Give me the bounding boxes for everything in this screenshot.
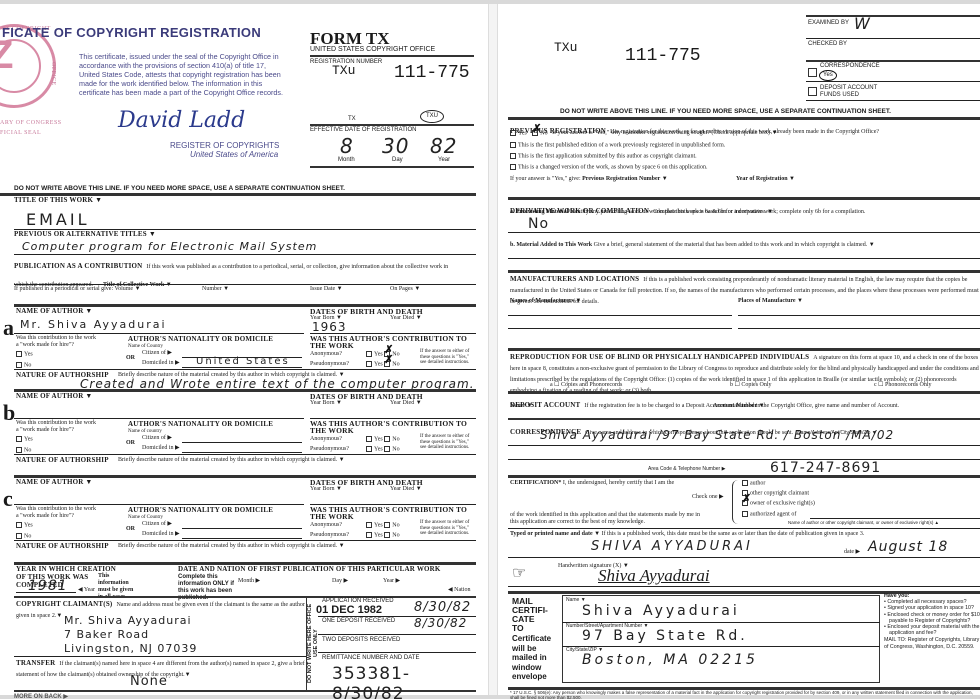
cert-other-claimant-label: other copyright claimant xyxy=(750,490,809,496)
pub-day-label: Day ▶ xyxy=(332,578,348,585)
page-gutter xyxy=(488,4,498,695)
work-for-hire-yes-checkbox[interactable] xyxy=(16,522,22,528)
domiciled-label: Domiciled in ▶ xyxy=(142,531,180,538)
anonymous-yes-checkbox[interactable] xyxy=(366,522,372,528)
transfer-label: TRANSFER xyxy=(16,659,55,667)
contribution-note: If the answer to either of these questio… xyxy=(420,434,474,451)
prev-reg-option-3-checkbox[interactable] xyxy=(510,164,516,170)
material-added-hint: Give a brief, general statement of the m… xyxy=(594,242,875,248)
more-on-back: MORE ON BACK ▶ xyxy=(14,693,68,699)
work-for-hire-yes: Yes xyxy=(16,522,33,529)
phone-number[interactable]: 617-247-8691 xyxy=(770,460,881,476)
publication-label: PUBLICATION AS A CONTRIBUTION xyxy=(14,262,142,270)
domiciled-in-value[interactable]: United States xyxy=(196,356,290,367)
pseudonymous-yes-checkbox[interactable] xyxy=(366,361,372,367)
claimant-line-2[interactable]: 7 Baker Road xyxy=(64,628,149,641)
anonymous-options: Yes No xyxy=(366,351,400,358)
certification-text: I, the undersigned, hereby certify that … xyxy=(563,480,674,486)
prev-reg-option-3: This is a changed version of the work, a… xyxy=(518,164,707,170)
typed-name-label: Typed or printed name and date ▼ xyxy=(510,531,600,537)
nature-of-authorship-hint: Briefly describe nature of the material … xyxy=(118,543,345,550)
country-label: Name of Country xyxy=(128,514,163,521)
domiciled-label: Domiciled in ▶ xyxy=(142,445,180,452)
author-name-label: NAME OF AUTHOR ▼ xyxy=(16,392,93,400)
citizen-label: Citizen of ▶ xyxy=(142,521,172,528)
nature-of-authorship-label: NATURE OF AUTHORSHIP xyxy=(16,456,109,464)
certificate-back-page: TXu 111-775 EXAMINED BY W CHECKED BY COR… xyxy=(498,4,980,695)
anonymous-no-checkbox[interactable] xyxy=(384,436,390,442)
handwritten-signature[interactable]: Shiva Ayyadurai xyxy=(598,566,710,586)
divider xyxy=(182,538,302,539)
prev-reg-year-label: Year of Registration ▼ xyxy=(736,176,795,183)
nationality-label: AUTHOR'S NATIONALITY OR DOMICILE xyxy=(128,420,273,428)
prev-reg-why: If your answer is "Yes," why is another … xyxy=(552,130,777,136)
year-born[interactable]: 1963 xyxy=(312,320,347,334)
work-for-hire-question: Was this contribution to the work a "wor… xyxy=(16,506,96,520)
examined-by-label: EXAMINED BY xyxy=(808,20,849,27)
work-for-hire-yes-checkbox[interactable] xyxy=(16,436,22,442)
check-one-label: Check one ▶ xyxy=(692,494,724,501)
typed-name[interactable]: SHIVA AYYADURAI xyxy=(591,539,753,554)
citizen-label: Citizen of ▶ xyxy=(142,435,172,442)
registration-number-back: 111-775 xyxy=(625,46,701,66)
register-signature: David Ladd xyxy=(118,108,245,133)
month-label: Month xyxy=(338,157,355,164)
transfer-value[interactable]: None xyxy=(130,674,168,689)
work-for-hire-yes: Yes xyxy=(16,351,33,358)
pseudonymous-label: Pseudonymous? xyxy=(310,361,349,368)
work-for-hire-no-label: No xyxy=(24,447,31,453)
cert-owner-exclusive-checkbox[interactable] xyxy=(742,500,748,506)
manufacturers-places-label: Places of Manufacture ▼ xyxy=(738,298,803,305)
footnote: * 17 U.S.C. § 506(e): Any person who kno… xyxy=(510,690,980,699)
on-pages-label: On Pages ▼ xyxy=(390,286,420,293)
one-deposit-date: 8/30/82 xyxy=(414,616,467,630)
pub-year-label: Year ▶ xyxy=(383,578,400,585)
author-letter: b xyxy=(3,400,15,426)
cert-author-label: author xyxy=(750,480,765,486)
register-title: REGISTER OF COPYRIGHTS xyxy=(170,141,279,150)
day-label: Day xyxy=(392,157,403,164)
claimant-line-1[interactable]: Mr. Shiva Ayyadurai xyxy=(64,614,192,627)
pseudonymous-options: Yes No xyxy=(366,446,400,453)
cert-agent-hint: Name of author or other copyright claima… xyxy=(788,520,939,525)
year-died-label: Year Died ▼ xyxy=(390,486,422,493)
pseudonymous-options: Yes No xyxy=(366,532,400,539)
effective-day: 30 xyxy=(382,134,409,158)
previous-titles-label: PREVIOUS OR ALTERNATIVE TITLES ▼ xyxy=(14,230,156,238)
work-for-hire-yes-label: Yes xyxy=(24,436,33,442)
prev-reg-option-1: This is the first published edition of a… xyxy=(518,142,725,148)
work-for-hire-yes: Yes xyxy=(16,436,33,443)
work-for-hire-no-label: No xyxy=(24,362,31,368)
year-died-label: Year Died ▼ xyxy=(390,315,422,322)
certification-label: CERTIFICATION* xyxy=(510,480,561,486)
cert-author-checkbox[interactable] xyxy=(742,480,748,486)
prev-reg-yes-label: Yes xyxy=(518,130,527,136)
year-died-label: Year Died ▼ xyxy=(390,400,422,407)
anonymous-options: Yes No xyxy=(366,522,400,529)
country-label: Name of Country xyxy=(128,343,163,350)
contribution-label: WAS THIS AUTHOR'S CONTRIBUTION TO THE WO… xyxy=(310,506,470,520)
contribution-label: WAS THIS AUTHOR'S CONTRIBUTION TO THE WO… xyxy=(310,420,470,434)
application-date-stamp: 01 DEC 1982 xyxy=(316,604,382,616)
nationality-label: AUTHOR'S NATIONALITY OR DOMICILE xyxy=(128,335,273,343)
reproduction-label: REPRODUCTION FOR USE OF BLIND OR PHYSICA… xyxy=(510,353,809,361)
or-label: OR xyxy=(126,526,135,533)
cert-agent-checkbox[interactable] xyxy=(742,511,748,517)
cert-agent-label: authorized agent of xyxy=(750,511,796,517)
pseudonymous-options: Yes No xyxy=(366,361,400,368)
two-deposits-label: TWO DEPOSITS RECEIVED xyxy=(322,637,400,644)
issue-date-label: Issue Date ▼ xyxy=(310,286,343,293)
divider xyxy=(182,452,302,453)
effective-month: 8 xyxy=(340,134,354,158)
seal-text-right: OFFICE xyxy=(50,62,56,86)
examined-by-initials: W xyxy=(854,14,871,33)
publication-date-label: DATE AND NATION OF FIRST PUBLICATION OF … xyxy=(178,565,441,573)
checklist-items: • Completed all necessary spaces?• Signe… xyxy=(884,599,980,636)
registration-prefix-back: TXu xyxy=(554,40,577,55)
prev-reg-number-label: Previous Registration Number ▼ xyxy=(582,176,668,182)
do-not-write-notice: DO NOT WRITE ABOVE THIS LINE. IF YOU NEE… xyxy=(14,185,345,192)
manufacturers-names-label: Names of Manufacturers ▼ xyxy=(510,298,581,305)
deposit-number-label: Account Number ▼ xyxy=(713,403,765,410)
divider xyxy=(14,540,476,541)
periodical-label: If published in a periodical or serial g… xyxy=(14,286,141,293)
anonymous-options: Yes No xyxy=(366,436,400,443)
work-for-hire-no-checkbox[interactable] xyxy=(16,362,22,368)
prev-reg-option-1-checkbox[interactable] xyxy=(510,142,516,148)
work-for-hire-question: Was this contribution to the work a "wor… xyxy=(16,335,96,349)
phone-label: Area Code & Telephone Number ▶ xyxy=(648,466,725,472)
mail-street[interactable]: 97 Bay State Rd. xyxy=(582,628,748,644)
domiciled-label: Domiciled in ▶ xyxy=(142,360,180,367)
cert-owner-exclusive-label: owner of exclusive right(s) xyxy=(750,500,815,506)
anonymous-label: Anonymous? xyxy=(310,351,342,358)
correspondence-yes-circled: Yes xyxy=(819,70,837,81)
prev-reg-option-2: This is the first application submitted … xyxy=(518,153,697,159)
number-label: Number ▼ xyxy=(202,286,229,293)
anonymous-label: Anonymous? xyxy=(310,436,342,443)
anonymous-label: Anonymous? xyxy=(310,522,342,529)
deposit-funds-checkbox[interactable] xyxy=(808,87,817,96)
seal-label: FICIAL SEAL xyxy=(0,130,41,136)
pseudonymous-yes-checkbox[interactable] xyxy=(366,532,372,538)
checklist: Have you: • Completed all necessary spac… xyxy=(884,593,980,650)
correspondence-address[interactable]: Shiva Ayyadurai /97 Bay State Rd. / Bost… xyxy=(540,428,894,442)
seal-text-bottom: ARY OF CONGRESS xyxy=(0,120,62,126)
checked-by-label: CHECKED BY xyxy=(808,41,847,48)
do-not-write-notice-back: DO NOT WRITE ABOVE THIS LINE. IF YOU NEE… xyxy=(560,108,891,115)
correspondence-label: CORRESPONDENCE xyxy=(820,63,880,70)
divider xyxy=(182,367,302,368)
mail-name[interactable]: Shiva Ayyadurai xyxy=(582,603,740,619)
prev-reg-if-yes: If your answer is "Yes," give: xyxy=(510,176,581,182)
claimant-line-3[interactable]: Livingston, NJ 07039 xyxy=(64,642,197,655)
mail-certificate-label: MAIL CERTIFI-CATE TO xyxy=(512,597,548,633)
effective-date-label: EFFECTIVE DATE OF REGISTRATION xyxy=(310,127,416,134)
divider xyxy=(14,369,476,370)
certification-brace xyxy=(732,480,740,524)
pseudonymous-no-checkbox[interactable] xyxy=(384,361,390,367)
contribution-note: If the answer to either of these questio… xyxy=(420,349,474,366)
certification-date[interactable]: August 18 xyxy=(868,539,948,555)
work-for-hire-yes-label: Yes xyxy=(24,351,33,357)
pointing-hand-icon: ☞ xyxy=(512,563,526,583)
nature-of-authorship-label: NATURE OF AUTHORSHIP xyxy=(16,542,109,550)
divider xyxy=(182,442,302,443)
year-label: Year xyxy=(438,157,450,164)
application-received-date: 8/30/82 xyxy=(414,600,471,615)
divider xyxy=(182,528,302,529)
registration-prefix: TXu xyxy=(332,63,355,78)
reproduction-option-a[interactable]: a ☐ Copies and Phonorecords xyxy=(550,382,622,389)
certificate-title: FICATE OF COPYRIGHT REGISTRATION xyxy=(2,25,261,40)
work-for-hire-yes-checkbox[interactable] xyxy=(16,351,22,357)
checklist-item: • Enclosed your deposit material with th… xyxy=(884,624,980,636)
window-envelope-note: Certificate will be mailed in window env… xyxy=(512,634,552,682)
previous-titles[interactable]: Computer program for Electronic Mail Sys… xyxy=(22,240,317,253)
registration-number: 111-775 xyxy=(394,63,470,83)
checklist-item: • Enclosed check or money order for $10 … xyxy=(884,612,980,624)
material-added-label: b. Material Added to This Work xyxy=(510,242,592,248)
divider xyxy=(14,418,304,419)
title-of-work[interactable]: EMAIL xyxy=(26,210,90,229)
pseudonymous-yes-checkbox[interactable] xyxy=(366,446,372,452)
or-label: OR xyxy=(126,355,135,362)
manufacturers-label: MANUFACTURERS AND LOCATIONS xyxy=(510,275,639,283)
remittance-value: 353381- 8/30/82 xyxy=(332,664,488,699)
reproduction-option-c[interactable]: c ☐ Phonorecords Only xyxy=(874,382,932,389)
preexisting-hint: Identify any preexisting work or works t… xyxy=(570,209,773,215)
certificate-front-page: Z ES COPYRIGHT OFFICE ARY OF CONGRESS FI… xyxy=(0,4,488,695)
anonymous-yes-checkbox[interactable] xyxy=(366,436,372,442)
citizen-label: Citizen of ▶ xyxy=(142,350,172,357)
remittance-label: REMITTANCE NUMBER AND DATE xyxy=(322,655,419,662)
country-label: Name of country xyxy=(128,428,162,435)
nature-of-authorship-hint: Briefly describe nature of the material … xyxy=(118,457,345,464)
divider xyxy=(14,504,304,505)
correspondence-checkbox[interactable] xyxy=(808,68,817,77)
creation-year-label: ◀ Year xyxy=(78,587,95,594)
deposit-funds-label: DEPOSIT ACCOUNT FUNDS USED xyxy=(820,85,880,99)
claimant-label: COPYRIGHT CLAIMANT(S) xyxy=(16,600,112,608)
preexisting-value[interactable]: No xyxy=(528,216,549,232)
reproduction-option-b[interactable]: b ☐ Copies Only xyxy=(730,382,772,389)
pseudonymous-no-checkbox[interactable] xyxy=(384,532,390,538)
author-name[interactable]: Mr. Shiva Ayyadurai xyxy=(20,318,167,331)
divider xyxy=(14,333,304,334)
year-born-label: Year Born ▼ xyxy=(310,486,342,493)
mail-to: MAIL TO: Register of Copyrights, Library… xyxy=(884,637,980,649)
class-txu-circled: TXU xyxy=(420,110,444,123)
prev-reg-yes-checkbox[interactable] xyxy=(510,130,516,136)
certificate-paragraph: This certificate, issued under the seal … xyxy=(79,52,284,97)
pseudonymous-label: Pseudonymous? xyxy=(310,446,349,453)
typed-name-hint: If this is a published work, this date m… xyxy=(602,531,865,537)
work-for-hire-no-label: No xyxy=(24,533,31,539)
class-tx: TX xyxy=(348,116,356,123)
checklist-item: • Signed your application in space 10? xyxy=(884,605,980,611)
deposit-name-label: Name ▼ xyxy=(510,403,532,410)
author-name-label: NAME OF AUTHOR ▼ xyxy=(16,307,93,315)
anonymous-no-checkbox[interactable] xyxy=(384,522,390,528)
author-letter: c xyxy=(3,486,13,512)
pseudonymous-label: Pseudonymous? xyxy=(310,532,349,539)
author-name-label: NAME OF AUTHOR ▼ xyxy=(16,478,93,486)
title-of-work-label: TITLE OF THIS WORK ▼ xyxy=(14,196,102,204)
contribution-note: If the answer to either of these questio… xyxy=(420,520,474,537)
work-for-hire-yes-label: Yes xyxy=(24,522,33,528)
work-for-hire-no-checkbox[interactable] xyxy=(16,533,22,539)
one-deposit-label: ONE DEPOSIT RECEIVED xyxy=(322,618,395,625)
author-letter: a xyxy=(3,315,14,341)
effective-year: 82 xyxy=(430,134,457,158)
anonymous-yes-checkbox[interactable] xyxy=(366,351,372,357)
certification-statement: of the work identified in this applicati… xyxy=(510,512,710,526)
nationality-label: AUTHOR'S NATIONALITY OR DOMICILE xyxy=(128,506,273,514)
pub-month-label: Month ▶ xyxy=(238,578,260,585)
register-country: United States of America xyxy=(190,150,278,159)
pseudonymous-no-checkbox[interactable] xyxy=(384,446,390,452)
work-for-hire-no-checkbox[interactable] xyxy=(16,447,22,453)
prev-reg-option-2-checkbox[interactable] xyxy=(510,153,516,159)
pub-nation-label: ◀ Nation xyxy=(448,587,470,594)
divider xyxy=(14,454,476,455)
work-for-hire-question: Was this contribution to the work a "wor… xyxy=(16,420,96,434)
prev-reg-no-checkbox[interactable] xyxy=(532,130,538,136)
preexisting-label: a. Preexisting Material xyxy=(510,209,568,215)
date-label: date ▶ xyxy=(844,549,860,556)
form-office: UNITED STATES COPYRIGHT OFFICE xyxy=(310,46,435,53)
year-born-label: Year Born ▼ xyxy=(310,400,342,407)
mail-city[interactable]: Boston, MA 02215 xyxy=(582,652,758,668)
or-label: OR xyxy=(126,440,135,447)
